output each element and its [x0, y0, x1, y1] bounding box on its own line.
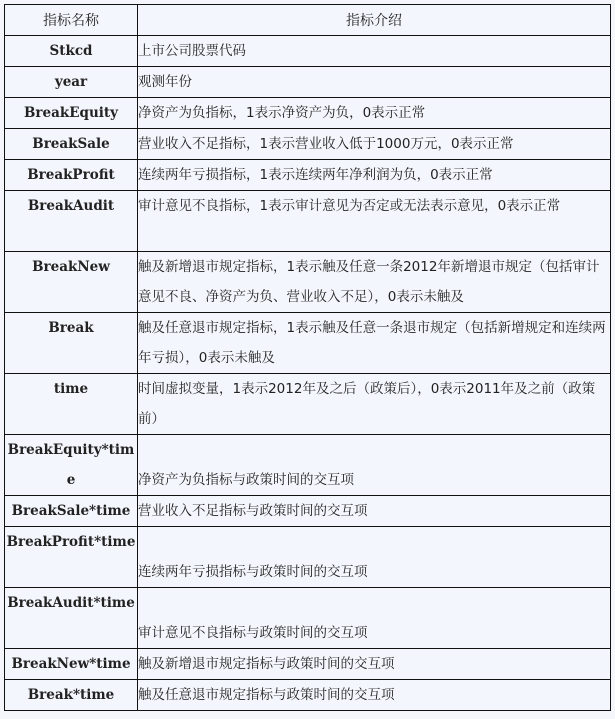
variable-name: BreakNew — [5, 252, 138, 313]
variable-description: 触及新增退市规定指标与政策时间的交互项 — [138, 649, 611, 680]
variable-description: 连续两年亏损指标，1表示连续两年净利润为负，0表示正常 — [138, 160, 611, 191]
table-row: BreakEquity 净资产为负指标，1表示净资产为负，0表示正常 — [5, 98, 611, 129]
table-row: BreakProfit 连续两年亏损指标，1表示连续两年净利润为负，0表示正常 — [5, 160, 611, 191]
table-row: Stkcd 上市公司股票代码 — [5, 36, 611, 67]
table-row: Break*time 触及任意退市规定指标与政策时间的交互项 — [5, 680, 611, 711]
table-row: Break 触及任意退市规定指标，1表示触及任意一条退市规定（包括新增规定和连续… — [5, 313, 611, 374]
table-header-row: 指标名称 指标介绍 — [5, 5, 611, 36]
table-row: BreakEquity*time 净资产为负指标与政策时间的交互项 — [5, 435, 611, 496]
variable-description: 审计意见不良指标，1表示审计意见为否定或无法表示意见，0表示正常 — [138, 191, 611, 252]
variable-name: BreakSale — [5, 129, 138, 160]
variable-description: 触及任意退市规定指标，1表示触及任意一条退市规定（包括新增规定和连续两年亏损），… — [138, 313, 611, 374]
variable-description: 审计意见不良指标与政策时间的交互项 — [138, 588, 611, 649]
variable-description: 时间虚拟变量，1表示2012年及之后（政策后），0表示2011年及之前（政策前） — [138, 374, 611, 435]
variable-name: Break — [5, 313, 138, 374]
variable-name: BreakEquity — [5, 98, 138, 129]
table-row: BreakAudit*time 审计意见不良指标与政策时间的交互项 — [5, 588, 611, 649]
variable-description: 净资产为负指标与政策时间的交互项 — [138, 435, 611, 496]
table-row: BreakProfit*time 连续两年亏损指标与政策时间的交互项 — [5, 527, 611, 588]
variable-name: time — [5, 374, 138, 435]
variable-name: BreakNew*time — [5, 649, 138, 680]
variable-name: BreakAudit*time — [5, 588, 138, 649]
header-indicator-name: 指标名称 — [5, 5, 138, 36]
variable-name: BreakSale*time — [5, 496, 138, 527]
variable-definition-table: 指标名称 指标介绍 Stkcd 上市公司股票代码 year 观测年份 Break… — [4, 4, 611, 711]
variable-description: 上市公司股票代码 — [138, 36, 611, 67]
variable-description: 观测年份 — [138, 67, 611, 98]
table-row: BreakSale 营业收入不足指标，1表示营业收入低于1000万元，0表示正常 — [5, 129, 611, 160]
variable-description: 触及任意退市规定指标与政策时间的交互项 — [138, 680, 611, 711]
table-row: year 观测年份 — [5, 67, 611, 98]
variable-description: 净资产为负指标，1表示净资产为负，0表示正常 — [138, 98, 611, 129]
variable-description: 连续两年亏损指标与政策时间的交互项 — [138, 527, 611, 588]
table-row: BreakSale*time 营业收入不足指标与政策时间的交互项 — [5, 496, 611, 527]
variable-name: BreakProfit*time — [5, 527, 138, 588]
header-indicator-description: 指标介绍 — [138, 5, 611, 36]
variable-description: 营业收入不足指标与政策时间的交互项 — [138, 496, 611, 527]
variable-name: BreakProfit — [5, 160, 138, 191]
variable-description: 营业收入不足指标，1表示营业收入低于1000万元，0表示正常 — [138, 129, 611, 160]
variable-description: 触及新增退市规定指标，1表示触及任意一条2012年新增退市规定（包括审计意见不良… — [138, 252, 611, 313]
variable-name: year — [5, 67, 138, 98]
variable-name: Stkcd — [5, 36, 138, 67]
variable-name: BreakEquity*time — [5, 435, 138, 496]
variable-name: BreakAudit — [5, 191, 138, 252]
table-row: time 时间虚拟变量，1表示2012年及之后（政策后），0表示2011年及之前… — [5, 374, 611, 435]
table-row: BreakNew*time 触及新增退市规定指标与政策时间的交互项 — [5, 649, 611, 680]
table-row: BreakAudit 审计意见不良指标，1表示审计意见为否定或无法表示意见，0表… — [5, 191, 611, 252]
variable-name: Break*time — [5, 680, 138, 711]
table-row: BreakNew 触及新增退市规定指标，1表示触及任意一条2012年新增退市规定… — [5, 252, 611, 313]
